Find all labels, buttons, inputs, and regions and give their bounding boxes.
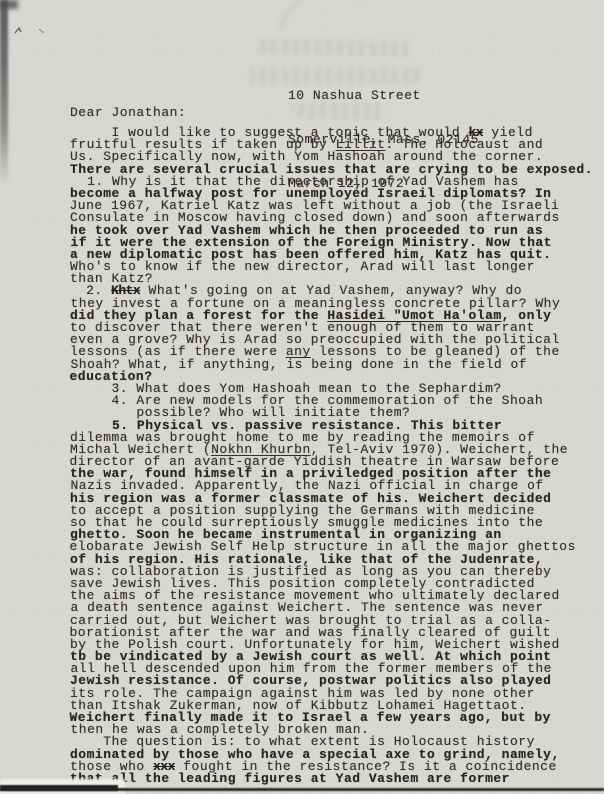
body-line: all hell descended upon him from the for… [71,663,594,675]
body-line: elobarate Jewish Self Help structure in … [70,541,593,553]
letter-page: 10 Nashua Street Somerville, Mass. 02145… [0,0,604,794]
scan-edge-left [0,0,8,185]
body-line: they invest a fortune on a meaningless c… [71,298,594,310]
body-line: director of an avant-garde Yiddish theat… [70,456,593,468]
salutation: Dear Jonathan: [70,105,186,120]
letter-body: I would like to suggest a topic that wou… [70,127,593,785]
scan-edge-top-corner [0,0,18,9]
body-line: June 1967, Katriel Katz was left without… [70,200,593,212]
body-line: 1. Why is it that the directorship of Ya… [71,176,594,188]
body-line: if it were the extension of the Foreign … [71,237,594,249]
body-line: that all the leading figures at Yad Vash… [70,773,593,785]
body-line: 5. Physical vs. passive resistance. This… [71,420,594,432]
scan-edge-bottom-line-left [0,785,118,791]
watermark-text-row [259,38,409,57]
body-line: Nazis invaded. Apparently, the Nazi offi… [71,480,594,492]
body-line: education? [70,371,593,383]
return-address-street: 10 Nashua Street [288,89,479,104]
pencil-mark [13,25,47,37]
body-line: then he was a completely broken man. [71,724,594,736]
body-line: borationist after the war and was finall… [70,627,593,639]
body-line: a death sentence against Weichert. The s… [71,602,594,614]
